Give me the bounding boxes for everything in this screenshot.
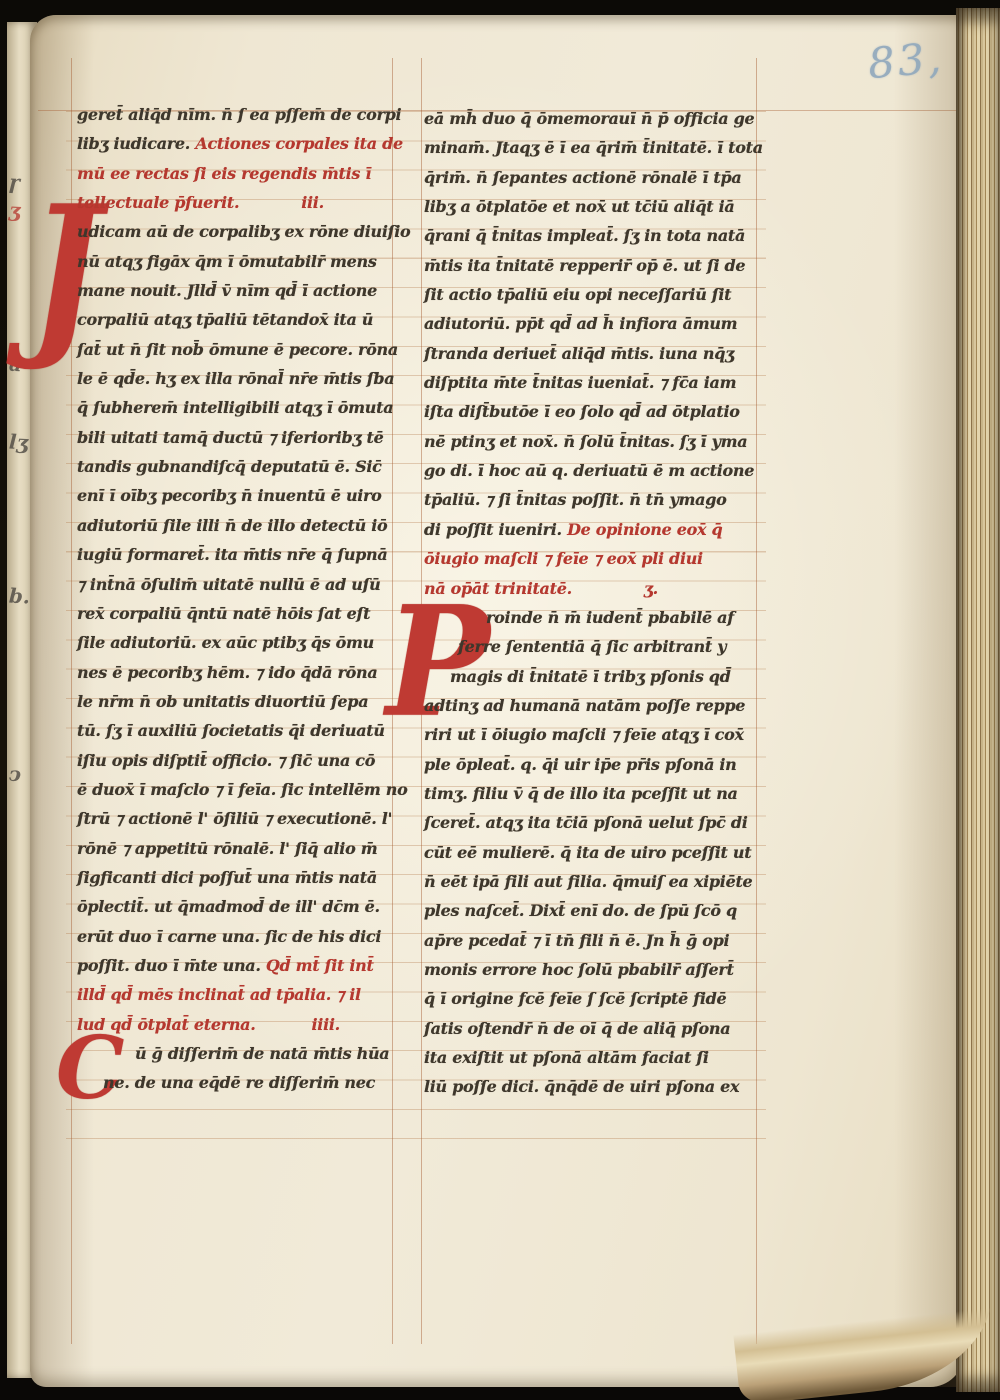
text-line: q̄ ī origine fcē feīe ſ ſcē ſcriptē fidē	[424, 984, 760, 1013]
text-line: le ē qd̄e. hʒ ex illa rōnal̄ nr̄e m̄tis …	[77, 364, 397, 393]
ink-text-run: diſptita m̄te t̄nitas iueniat̄. ⁊ fc̄a i…	[424, 373, 736, 392]
rubric-text-run: De opinione eox̄ q̄	[567, 520, 722, 539]
rubric-text-run: Qd̄ mt̄ ſit int̄	[266, 956, 374, 975]
text-line: ap̄re pcedat̄ ⁊ ī tn̄ fili n̄ ē. Jn h̄ ḡ…	[424, 926, 760, 955]
ink-text-run: cūt eē mulierē. q̄ ita de uiro pceſſit u…	[424, 843, 751, 862]
ink-text-run: eā mh̄ duo q̄ ōmemorauī n̄ p̄ officia ge	[424, 109, 754, 128]
book-page-edges	[956, 8, 1000, 1392]
text-line: nū atqʒ figāx q̄m ī ōmutabilr̄ mens	[77, 247, 397, 276]
text-line: riri ut ī ōiugio maſcli ⁊ feīe atqʒ ī co…	[424, 720, 760, 749]
text-line: go di. ī hoc aū q. deriuatū ē m actione	[424, 456, 760, 485]
rubric-text-run: illd̄ qd̄ mēs inclinat̄ ad tp̄alia. ⁊ il	[77, 985, 361, 1004]
ink-text-run: ferre ſententiā q̄ ſic arbitrant̄ y	[458, 637, 726, 656]
text-line: ples naſcet̄. Dixt̄ enī do. de ſpū ſcō q	[424, 896, 760, 925]
text-line: iſiu opis diſptit̄ officio. ⁊ ſic̄ una c…	[77, 746, 397, 775]
text-line: n̄ eēt ipā fili aut filia. q̄muiſ ea xip…	[424, 867, 760, 896]
ink-text-run: ſatis oſtendr̄ n̄ de oī q̄ de aliq̄ pſon…	[424, 1019, 730, 1038]
text-line: geret̄ aliq̄d nīm. n̄ ſ ea pſſem̄ de cor…	[77, 100, 397, 129]
text-line: timʒ. filiu v̄ q̄ de illo ita pceſſit ut…	[424, 779, 760, 808]
ink-text-run: nes ē pecoribʒ hēm. ⁊ ido q̄dā rōna	[77, 663, 377, 682]
text-line: ple ōpleat̄. q. q̄i uir ip̄e pr̄is pſonā…	[424, 750, 760, 779]
text-line: cūt eē mulierē. q̄ ita de uiro pceſſit u…	[424, 838, 760, 867]
text-line: nē ptinʒ et nox̄. n̄ ſolū t̄nitas. ſʒ ī …	[424, 427, 760, 456]
ink-text-run: nū atqʒ figāx q̄m ī ōmutabilr̄ mens	[77, 252, 377, 271]
ink-text-run: corpaliū atqʒ tp̄aliū tētandox̄ ita ū	[77, 310, 373, 329]
text-line: erūt duo ī carne una. ſic de his dici	[77, 922, 397, 951]
text-line: ſile adiutoriū. ex aūc ptibʒ q̄s ōmu	[77, 628, 397, 657]
text-line: q̄rim̄. n̄ ſepantes actionē rōnalē ī tp̄…	[424, 163, 760, 192]
text-line: rex̄ corpaliū q̄ntū natē hōis ſat eſt	[77, 599, 397, 628]
text-line: ita exiſtit ut pſonā altām faciat ſi	[424, 1043, 760, 1072]
text-line: ē duox̄ ī maſclo ⁊ ī feīa. ſic intellēm …	[77, 775, 397, 804]
rubric-text-run: ōiugio maſcli ⁊ feīe ⁊ eox̄ pli diui	[424, 549, 703, 568]
ink-text-run: ſit actio tp̄aliū eiu opi neceſſariū ſit	[424, 285, 731, 304]
ink-text-run: minam̄. Jtaqʒ ē ī ea q̄rim̄ t̄initatē. ī…	[424, 138, 763, 157]
text-line: mane nouit. Jlld̄ v̄ nīm qd̄ ī actione	[77, 276, 397, 305]
ink-text-run: q̄ ī origine fcē feīe ſ ſcē ſcriptē fidē	[424, 989, 726, 1008]
ink-text-run: riri ut ī ōiugio maſcli ⁊ feīe atqʒ ī co…	[424, 725, 744, 744]
ink-text-run: tp̄aliū. ⁊ ſi t̄nitas poſſit. n̄ tn̄ yma…	[424, 490, 726, 509]
text-line: diſptita m̄te t̄nitas iueniat̄. ⁊ fc̄a i…	[424, 368, 760, 397]
facing-page-text-fragment: ↄ	[8, 762, 21, 787]
ink-text-run: ē duox̄ ī maſclo ⁊ ī feīa. ſic intellēm …	[77, 780, 407, 799]
ink-text-run: ū ḡ diſſerim̄ de natā m̄tis hūa	[135, 1044, 389, 1063]
text-line: liū poſſe dici. q̄nq̄dē de uiri pſona ex	[424, 1072, 760, 1101]
ink-text-run: erūt duo ī carne una. ſic de his dici	[77, 927, 381, 946]
ink-text-run: iugiū formaret̄. ita m̄tis nr̄e q̄ ſupnā	[77, 545, 387, 564]
ink-text-run: n̄ eēt ipā fili aut filia. q̄muiſ ea xip…	[424, 872, 752, 891]
ink-text-run: ōplectit̄. ut q̄madmod̄ de ill' dc̄m ē.	[77, 897, 380, 916]
ink-text-run: tū. ſʒ ī auxiliū ſocietatis q̄i deriuatū	[77, 721, 385, 740]
facing-page-text-fragment: ʒ	[8, 198, 21, 223]
ink-text-run: adiutoriū. pp̄t qd̄ ad h̄ infiora āmum	[424, 314, 737, 333]
ink-text-run: geret̄ aliq̄d nīm. n̄ ſ ea pſſem̄ de cor…	[77, 105, 401, 124]
rubric-text-run: tellectuale p̄fuerit.	[77, 193, 239, 212]
ink-text-run: liū poſſe dici. q̄nq̄dē de uiri pſona ex	[424, 1077, 739, 1096]
ink-text-run: rōnē ⁊ appetitū rōnalē. l' ſiq̄ alio m̄	[77, 839, 377, 858]
text-line: ferre ſententiā q̄ ſic arbitrant̄ y	[424, 632, 760, 661]
rubric-text-run: mū ee rectas ſi eis regendis m̄tis ī	[77, 164, 371, 183]
text-line: ſceret̄. atqʒ ita tc̄iā pſonā uelut ſpc̄…	[424, 808, 760, 837]
ink-text-run: iſiu opis diſptit̄ officio. ⁊ ſic̄ una c…	[77, 751, 375, 770]
ink-text-run: mane nouit. Jlld̄ v̄ nīm qd̄ ī actione	[77, 281, 377, 300]
text-line: q̄rani q̄ t̄nitas impleat̄. ſʒ in tota n…	[424, 221, 760, 250]
text-column-right: eā mh̄ duo q̄ ōmemorauī n̄ p̄ officia ge…	[424, 104, 760, 1102]
text-line: ōiugio maſcli ⁊ feīe ⁊ eox̄ pli diui	[424, 544, 760, 573]
ink-text-run: di poſſit iueniri.	[424, 520, 567, 539]
ink-text-run: q̄rani q̄ t̄nitas impleat̄. ſʒ in tota n…	[424, 226, 745, 245]
text-line: roinde n̄ m̄ iudent̄ pbabilē af	[424, 603, 760, 632]
ink-text-run: libʒ iudicare.	[77, 134, 195, 153]
text-line: ū ḡ diſſerim̄ de natā m̄tis hūa	[77, 1039, 397, 1068]
text-line: tū. ſʒ ī auxiliū ſocietatis q̄i deriuatū	[77, 716, 397, 745]
text-line: tp̄aliū. ⁊ ſi t̄nitas poſſit. n̄ tn̄ yma…	[424, 485, 760, 514]
text-line: eā mh̄ duo q̄ ōmemorauī n̄ p̄ officia ge	[424, 104, 760, 133]
ink-text-run: ples naſcet̄. Dixt̄ enī do. de ſpū ſcō q	[424, 901, 737, 920]
text-line: mū ee rectas ſi eis regendis m̄tis ī	[77, 159, 397, 188]
text-line: adtinʒ ad humanā natām poſſe reppe	[424, 691, 760, 720]
text-line: tandis gubnandiſcq̄ deputatū ē. Sic̄	[77, 452, 397, 481]
text-line: lud qd̄ ōtplat̄ eterna.iiii.	[77, 1010, 397, 1039]
ink-text-run: rex̄ corpaliū q̄ntū natē hōis ſat eſt	[77, 604, 370, 623]
facing-page-text-fragment: lʒ	[8, 430, 28, 455]
facing-page-text-fragment: ɼ	[8, 170, 20, 195]
rubric-text-run: ʒ.	[644, 579, 658, 598]
ink-text-run: roinde n̄ m̄ iudent̄ pbabilē af	[486, 608, 734, 627]
ink-text-run: poſſit. duo ī m̄te una.	[77, 956, 266, 975]
text-line: udicam aū de corpalibʒ ex rōne diuiſio	[77, 217, 397, 246]
ink-text-run: adtinʒ ad humanā natām poſſe reppe	[424, 696, 745, 715]
rubric-text-run: nā op̄āt trinitatē.	[424, 579, 572, 598]
ink-text-run: ap̄re pcedat̄ ⁊ ī tn̄ fili n̄ ē. Jn h̄ ḡ…	[424, 931, 729, 950]
text-line: ſatis oſtendr̄ n̄ de oī q̄ de aliq̄ pſon…	[424, 1014, 760, 1043]
manuscript-photo: ɼʒalʒb.ↄ 83, J C P geret̄ aliq̄d nīm. n̄…	[0, 0, 1000, 1400]
text-line: adiutoriū ſile illi n̄ de illo detectū i…	[77, 511, 397, 540]
ink-text-run: timʒ. filiu v̄ q̄ de illo ita pceſſit ut…	[424, 784, 738, 803]
ink-text-run: tandis gubnandiſcq̄ deputatū ē. Sic̄	[77, 457, 382, 476]
rubric-text-run: iii.	[301, 193, 324, 212]
ink-text-run: go di. ī hoc aū q. deriuatū ē m actione	[424, 461, 754, 480]
text-line: le nr̄m n̄ ob unitatis diuortiū ſepa	[77, 687, 397, 716]
text-line: ſat̄ ut n̄ ſit nob̄ ōmune ē pecore. rōna	[77, 335, 397, 364]
text-line: iſta diſt̄butōe ī eo ſolo qd̄ ad ōtplati…	[424, 397, 760, 426]
ink-text-run: nē ptinʒ et nox̄. n̄ ſolū t̄nitas. ſʒ ī …	[424, 432, 747, 451]
text-line: monis errore hoc ſolū pbabilr̄ aſſert̄	[424, 955, 760, 984]
text-line: ōplectit̄. ut q̄madmod̄ de ill' dc̄m ē.	[77, 892, 397, 921]
text-line: ſigficanti dici poſſut̄ una m̄tis natā	[77, 863, 397, 892]
text-line: rōnē ⁊ appetitū rōnalē. l' ſiq̄ alio m̄	[77, 834, 397, 863]
text-line: ſtrū ⁊ actionē l' ōſiliū ⁊ executionē. l…	[77, 804, 397, 833]
text-line: adiutoriū. pp̄t qd̄ ad h̄ infiora āmum	[424, 309, 760, 338]
text-line: ⁊ int̄nā ōſulim̄ uitatē nullū ē ad uſū	[77, 570, 397, 599]
text-line: minam̄. Jtaqʒ ē ī ea q̄rim̄ t̄initatē. ī…	[424, 133, 760, 162]
text-line: ne. de una eq̄dē re diſſerim̄ nec	[77, 1068, 397, 1097]
ink-text-run: m̄tis ita t̄nitatē repperir̄ op̄ ē. ut ſ…	[424, 256, 745, 275]
text-column-left: geret̄ aliq̄d nīm. n̄ ſ ea pſſem̄ de cor…	[77, 100, 397, 1098]
ink-text-run: ne. de una eq̄dē re diſſerim̄ nec	[103, 1073, 375, 1092]
text-line: tellectuale p̄fuerit.iii.	[77, 188, 397, 217]
facing-page-text-fragment: b.	[8, 583, 30, 608]
text-line: poſſit. duo ī m̄te una. Qd̄ mt̄ ſit int̄	[77, 951, 397, 980]
text-line: nes ē pecoribʒ hēm. ⁊ ido q̄dā rōna	[77, 658, 397, 687]
text-line: libʒ a ōtplatōe et nox̄ ut tc̄iū aliq̄t …	[424, 192, 760, 221]
text-line: illd̄ qd̄ mēs inclinat̄ ad tp̄alia. ⁊ il	[77, 980, 397, 1009]
ink-text-run: q̄rim̄. n̄ ſepantes actionē rōnalē ī tp̄…	[424, 168, 741, 187]
ink-text-run: ita exiſtit ut pſonā altām faciat ſi	[424, 1048, 709, 1067]
text-line: m̄tis ita t̄nitatē repperir̄ op̄ ē. ut ſ…	[424, 251, 760, 280]
rubric-text-run: lud qd̄ ōtplat̄ eterna.	[77, 1015, 256, 1034]
text-line: bili uitati tamq̄ ductū ⁊ iferioribʒ tē	[77, 423, 397, 452]
ink-text-run: monis errore hoc ſolū pbabilr̄ aſſert̄	[424, 960, 734, 979]
ink-text-run: ſtrū ⁊ actionē l' ōſiliū ⁊ executionē. l…	[77, 809, 392, 828]
ink-text-run: ſigficanti dici poſſut̄ una m̄tis natā	[77, 868, 377, 887]
ink-text-run: ⁊ int̄nā ōſulim̄ uitatē nullū ē ad uſū	[77, 575, 381, 594]
ink-text-run: q̄ ſubherem̄ intelligibili atqʒ ī ōmuta	[77, 398, 393, 417]
ink-text-run: ſtranda deriuet̄ aliq̄d m̄tis. iuna nq̄ʒ	[424, 344, 734, 363]
rubric-text-run: iiii.	[312, 1015, 340, 1034]
text-line: corpaliū atqʒ tp̄aliū tētandox̄ ita ū	[77, 305, 397, 334]
text-line: ſit actio tp̄aliū eiu opi neceſſariū ſit	[424, 280, 760, 309]
text-line: iugiū formaret̄. ita m̄tis nr̄e q̄ ſupnā	[77, 540, 397, 569]
ink-text-run: ple ōpleat̄. q. q̄i uir ip̄e pr̄is pſonā…	[424, 755, 737, 774]
ink-text-run: magis di t̄nitatē ī tribʒ pſonis qd̄	[450, 667, 731, 686]
text-line: ſtranda deriuet̄ aliq̄d m̄tis. iuna nq̄ʒ	[424, 339, 760, 368]
rubric-text-run: Actiones corpales ita de	[195, 134, 403, 153]
ink-text-run: adiutoriū ſile illi n̄ de illo detectū i…	[77, 516, 387, 535]
ink-text-run: ſceret̄. atqʒ ita tc̄iā pſonā uelut ſpc̄…	[424, 813, 748, 832]
ink-text-run: ſat̄ ut n̄ ſit nob̄ ōmune ē pecore. rōna	[77, 340, 398, 359]
text-line: libʒ iudicare. Actiones corpales ita de	[77, 129, 397, 158]
ink-text-run: iſta diſt̄butōe ī eo ſolo qd̄ ad ōtplati…	[424, 402, 740, 421]
ink-text-run: bili uitati tamq̄ ductū ⁊ iferioribʒ tē	[77, 428, 383, 447]
text-line: di poſſit iueniri. De opinione eox̄ q̄	[424, 515, 760, 544]
text-line: enī ī oībʒ pecoribʒ n̄ inuentū ē uiro	[77, 481, 397, 510]
text-line: magis di t̄nitatē ī tribʒ pſonis qd̄	[424, 662, 760, 691]
ink-text-run: udicam aū de corpalibʒ ex rōne diuiſio	[77, 222, 410, 241]
text-line: nā op̄āt trinitatē.ʒ.	[424, 574, 760, 603]
folio-number: 83,	[866, 33, 946, 88]
ink-text-run: libʒ a ōtplatōe et nox̄ ut tc̄iū aliq̄t …	[424, 197, 734, 216]
ink-text-run: le nr̄m n̄ ob unitatis diuortiū ſepa	[77, 692, 368, 711]
ink-text-run: ſile adiutoriū. ex aūc ptibʒ q̄s ōmu	[77, 633, 374, 652]
ink-text-run: le ē qd̄e. hʒ ex illa rōnal̄ nr̄e m̄tis …	[77, 369, 394, 388]
ink-text-run: enī ī oībʒ pecoribʒ n̄ inuentū ē uiro	[77, 486, 382, 505]
text-line: q̄ ſubherem̄ intelligibili atqʒ ī ōmuta	[77, 393, 397, 422]
facing-page-text-fragment: a	[8, 352, 22, 377]
